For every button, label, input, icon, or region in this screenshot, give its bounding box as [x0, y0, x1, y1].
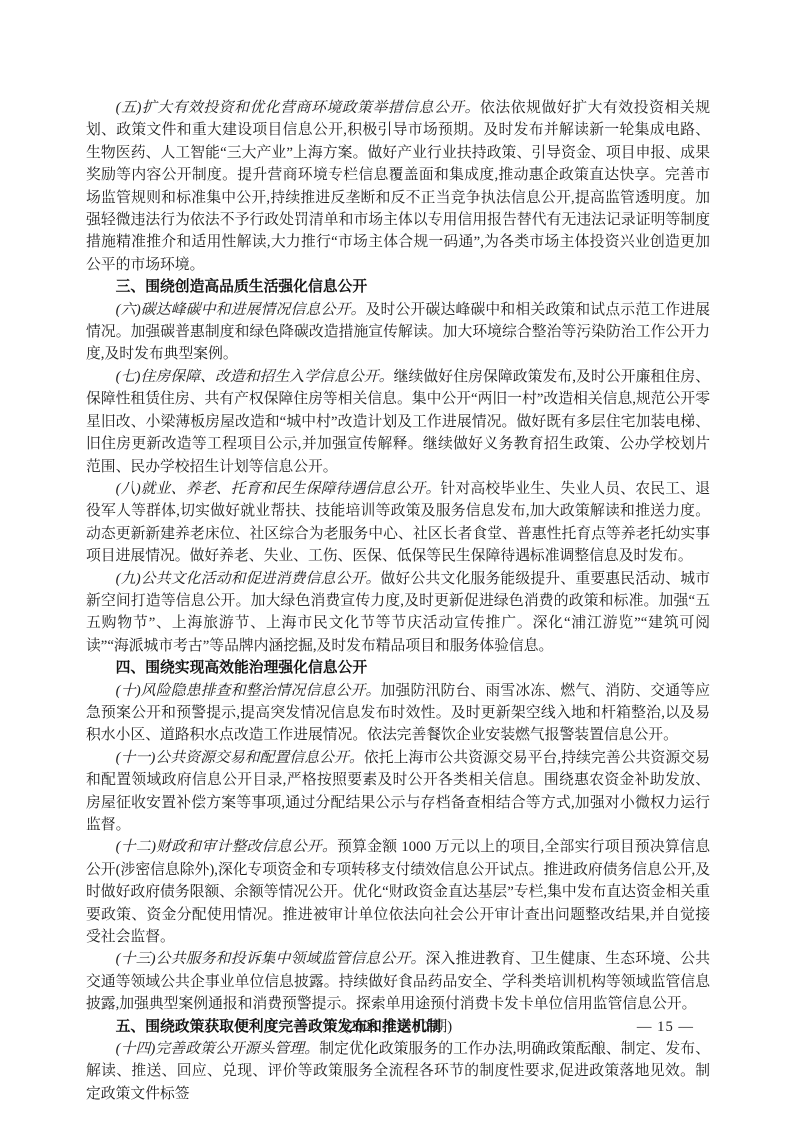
text-column: (五)扩大有效投资和优化营商环境政策举措信息公开。依法依规做好扩大有效投资相关规… — [86, 97, 710, 1105]
section-heading-4: 四、围绕实现高效能治理强化信息公开 — [86, 657, 710, 679]
document-page: (五)扩大有效投资和优化营商环境政策举措信息公开。依法依规做好扩大有效投资相关规… — [0, 0, 793, 1122]
paragraph-lead: (七)住房保障、改造和招生入学信息公开。 — [116, 369, 394, 385]
paragraph-item-6: (六)碳达峰碳中和进展情况信息公开。及时公开碳达峰碳中和相关政策和试点示范工作进… — [86, 299, 710, 366]
paragraph-item-14: (十四)完善政策公开源头管理。制定优化政策服务的工作办法,明确政策酝酿、制定、发… — [86, 1038, 710, 1105]
paragraph-body: 依法依规做好扩大有效投资相关规划、政策文件和重大建设项目信息公开,积极引导市场预… — [86, 100, 710, 273]
paragraph-lead: (五)扩大有效投资和优化营商环境政策举措信息公开。 — [116, 100, 480, 116]
paragraph-item-11: (十一)公共资源交易和配置信息公开。依托上海市公共资源交易平台,持续完善公共资源… — [86, 747, 710, 837]
paragraph-item-5: (五)扩大有效投资和优化营商环境政策举措信息公开。依法依规做好扩大有效投资相关规… — [86, 97, 710, 276]
paragraph-lead: (九)公共文化活动和促进消费信息公开。 — [116, 571, 381, 587]
paragraph-item-10: (十)风险隐患排查和整治情况信息公开。加强防汛防台、雨雪冰冻、燃气、消防、交通等… — [86, 680, 710, 747]
paragraph-item-9: (九)公共文化活动和促进消费信息公开。做好公共文化服务能级提升、重要惠民活动、城… — [86, 568, 710, 658]
paragraph-lead: (六)碳达峰碳中和进展情况信息公开。 — [116, 302, 366, 318]
paragraph-item-12: (十二)财政和审计整改信息公开。预算金额 1000 万元以上的项目,全部实行项目… — [86, 836, 710, 948]
section-heading-3: 三、围绕创造高品质生活强化信息公开 — [86, 276, 710, 298]
issue-label: (2023 年第 10 期) — [86, 1016, 710, 1038]
paragraph-lead: (八)就业、养老、托育和民生保障待遇信息公开。 — [116, 481, 441, 497]
page-footer: (2023 年第 10 期) — 15 — — [86, 1016, 710, 1040]
paragraph-item-8: (八)就业、养老、托育和民生保障待遇信息公开。针对高校毕业生、失业人员、农民工、… — [86, 478, 710, 568]
paragraph-item-13: (十三)公共服务和投诉集中领域监管信息公开。深入推进教育、卫生健康、生态环境、公… — [86, 948, 710, 1015]
page-number: — 15 — — [637, 1016, 694, 1038]
paragraph-lead: (十二)财政和审计整改信息公开。 — [116, 839, 337, 855]
paragraph-lead: (十)风险隐患排查和整治情况信息公开。 — [116, 683, 381, 699]
paragraph-lead: (十三)公共服务和投诉集中领域监管信息公开。 — [116, 951, 426, 967]
paragraph-lead: (十四)完善政策公开源头管理。 — [116, 1041, 320, 1057]
paragraph-lead: (十一)公共资源交易和配置信息公开。 — [116, 750, 364, 766]
paragraph-item-7: (七)住房保障、改造和招生入学信息公开。继续做好住房保障政策发布,及时公开廉租住… — [86, 366, 710, 478]
